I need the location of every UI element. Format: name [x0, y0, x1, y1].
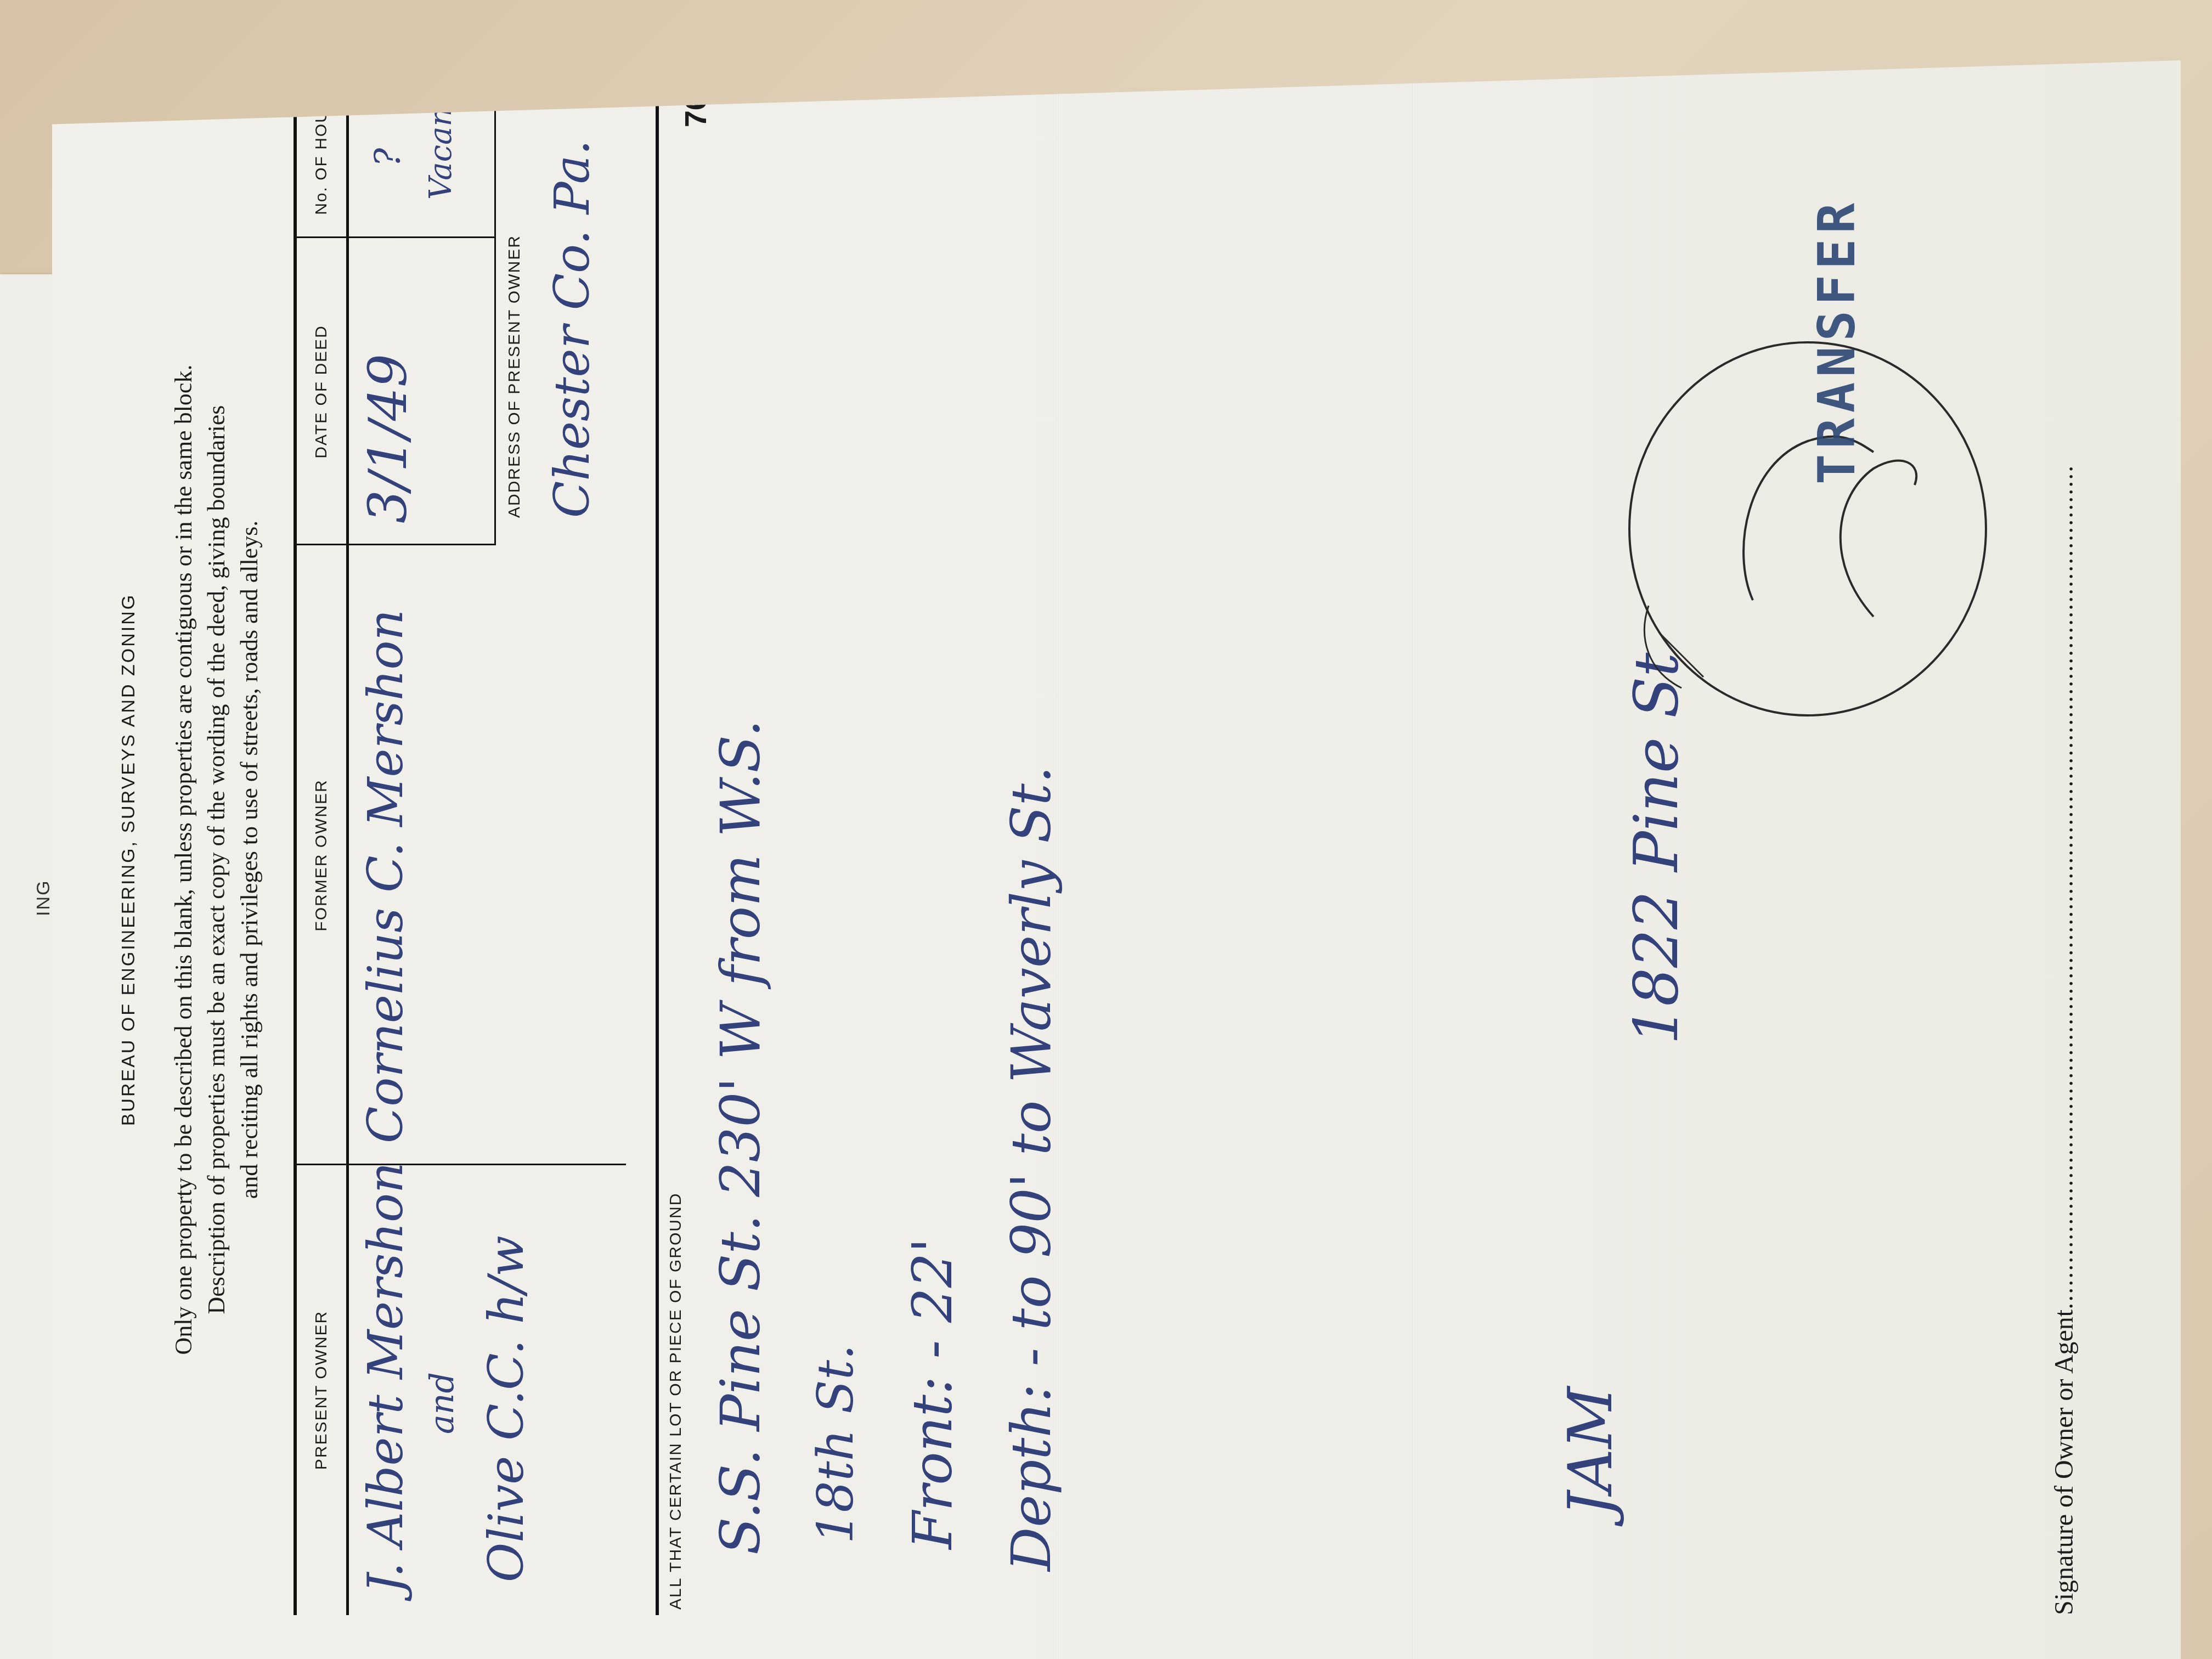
lot-description-line: Front: - 22' — [900, 1238, 964, 1549]
column-divider — [297, 544, 494, 545]
header-date-of-deed: DATE OF DEED — [297, 238, 346, 545]
present-owner-value: J. Albert Mershon — [357, 1162, 414, 1593]
instruction-line: and reciting all rights and privileges t… — [233, 159, 266, 1560]
lot-description-label: ALL THAT CERTAIN LOT OR PIECE OF GROUND — [667, 1193, 685, 1610]
signature-line[interactable]: Signature of Owner or Agent.............… — [2049, 390, 2079, 1615]
bureau-heading: BUREAU OF ENGINEERING, SURVEYS AND ZONIN… — [118, 60, 139, 1659]
date-of-deed-value: 3/1/49 — [357, 354, 419, 523]
form-sheet: 20M BUREAU OF ENGINEERING, SURVEYS AND Z… — [52, 60, 2181, 1659]
column-divider — [297, 236, 494, 238]
signature-label: Signature of Owner or Agent — [2050, 1310, 2079, 1615]
address-of-present-owner-value: Chester Co. Pa. — [544, 140, 600, 518]
header-present-owner: PRESENT OWNER — [297, 1165, 346, 1615]
initials-mark: JAM — [1555, 1387, 1626, 1516]
former-owner-value: Cornelius C. Mershon — [357, 610, 414, 1143]
lot-description-section: ALL THAT CERTAIN LOT OR PIECE OF GROUND … — [656, 60, 1153, 1615]
address-divider — [494, 60, 496, 545]
no-of-house-value: ? — [368, 148, 409, 167]
signature-dotted-line: ........................................… — [2050, 465, 2079, 1310]
header-former-owner: FORMER OWNER — [297, 545, 346, 1165]
lot-description-line: 18th St. — [807, 1344, 865, 1544]
present-owner-value-2: Olive C.C. h/w — [478, 1235, 534, 1582]
ownership-table: PRESENT OWNER FORMER OWNER DATE OF DEED … — [294, 60, 659, 1615]
transfer-stamp: TRANSFER — [1808, 198, 1866, 484]
lot-description-line: Depth: - to 90' to Waverly St. — [999, 766, 1063, 1571]
lot-description-line: S.S. Pine St. 230' W from W.S. — [708, 720, 772, 1555]
instruction-line: Only one property to be described on thi… — [167, 159, 200, 1560]
column-divider — [297, 1164, 626, 1165]
underlying-sheet-text: ING — [33, 880, 54, 916]
table-header-row: PRESENT OWNER FORMER OWNER DATE OF DEED … — [297, 60, 349, 1615]
deed-transfer-form: 20M BUREAU OF ENGINEERING, SURVEYS AND Z… — [52, 60, 2181, 1659]
instruction-line: Description of properties must be an exa… — [200, 159, 233, 1560]
present-owner-conjunction: and — [423, 1372, 461, 1434]
header-address-of-present-owner: ADDRESS OF PRESENT OWNER — [505, 235, 524, 518]
form-instructions: Only one property to be described on thi… — [167, 159, 266, 1560]
